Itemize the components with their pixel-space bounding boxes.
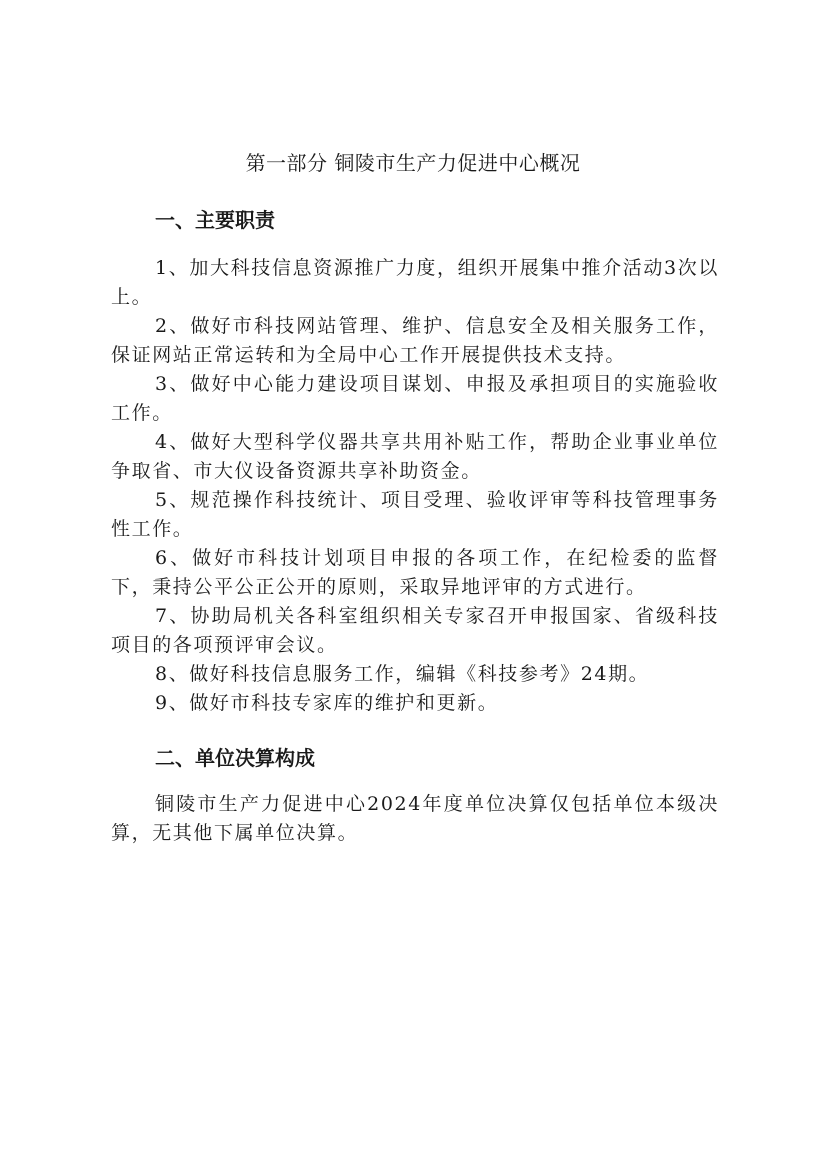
duty-item-3: 3、做好中心能力建设项目谋划、申报及承担项目的实施验收工作。 [111,370,719,428]
unit-composition-body: 铜陵市生产力促进中心2024年度单位决算仅包括单位本级决算，无其他下属单位决算。 [111,790,719,848]
duty-item-1: 1、加大科技信息资源推广力度，组织开展集中推介活动3次以上。 [111,254,719,312]
section-heading-main-duties: 一、主要职责 [155,206,275,234]
section-heading-unit-composition: 二、单位决算构成 [155,744,315,772]
duty-item-8: 8、做好科技信息服务工作，编辑《科技参考》24期。 [111,660,719,689]
duty-item-7: 7、协助局机关各科室组织相关专家召开申报国家、省级科技项目的各项预评审会议。 [111,602,719,660]
document-page: 第一部分 铜陵市生产力促进中心概况 一、主要职责 1、加大科技信息资源推广力度，… [0,0,826,1169]
duty-item-2: 2、做好市科技网站管理、维护、信息安全及相关服务工作，保证网站正常运转和为全局中… [111,312,719,370]
unit-composition-paragraph: 铜陵市生产力促进中心2024年度单位决算仅包括单位本级决算，无其他下属单位决算。 [111,790,719,848]
duty-item-6: 6、做好市科技计划项目申报的各项工作，在纪检委的监督下，秉持公平公正公开的原则，… [111,544,719,602]
duty-item-5: 5、规范操作科技统计、项目受理、验收评审等科技管理事务性工作。 [111,486,719,544]
main-duties-list: 1、加大科技信息资源推广力度，组织开展集中推介活动3次以上。 2、做好市科技网站… [111,254,719,718]
document-title: 第一部分 铜陵市生产力促进中心概况 [0,149,826,177]
duty-item-9: 9、做好市科技专家库的维护和更新。 [111,689,719,718]
duty-item-4: 4、做好大型科学仪器共享共用补贴工作，帮助企业事业单位争取省、市大仪设备资源共享… [111,428,719,486]
